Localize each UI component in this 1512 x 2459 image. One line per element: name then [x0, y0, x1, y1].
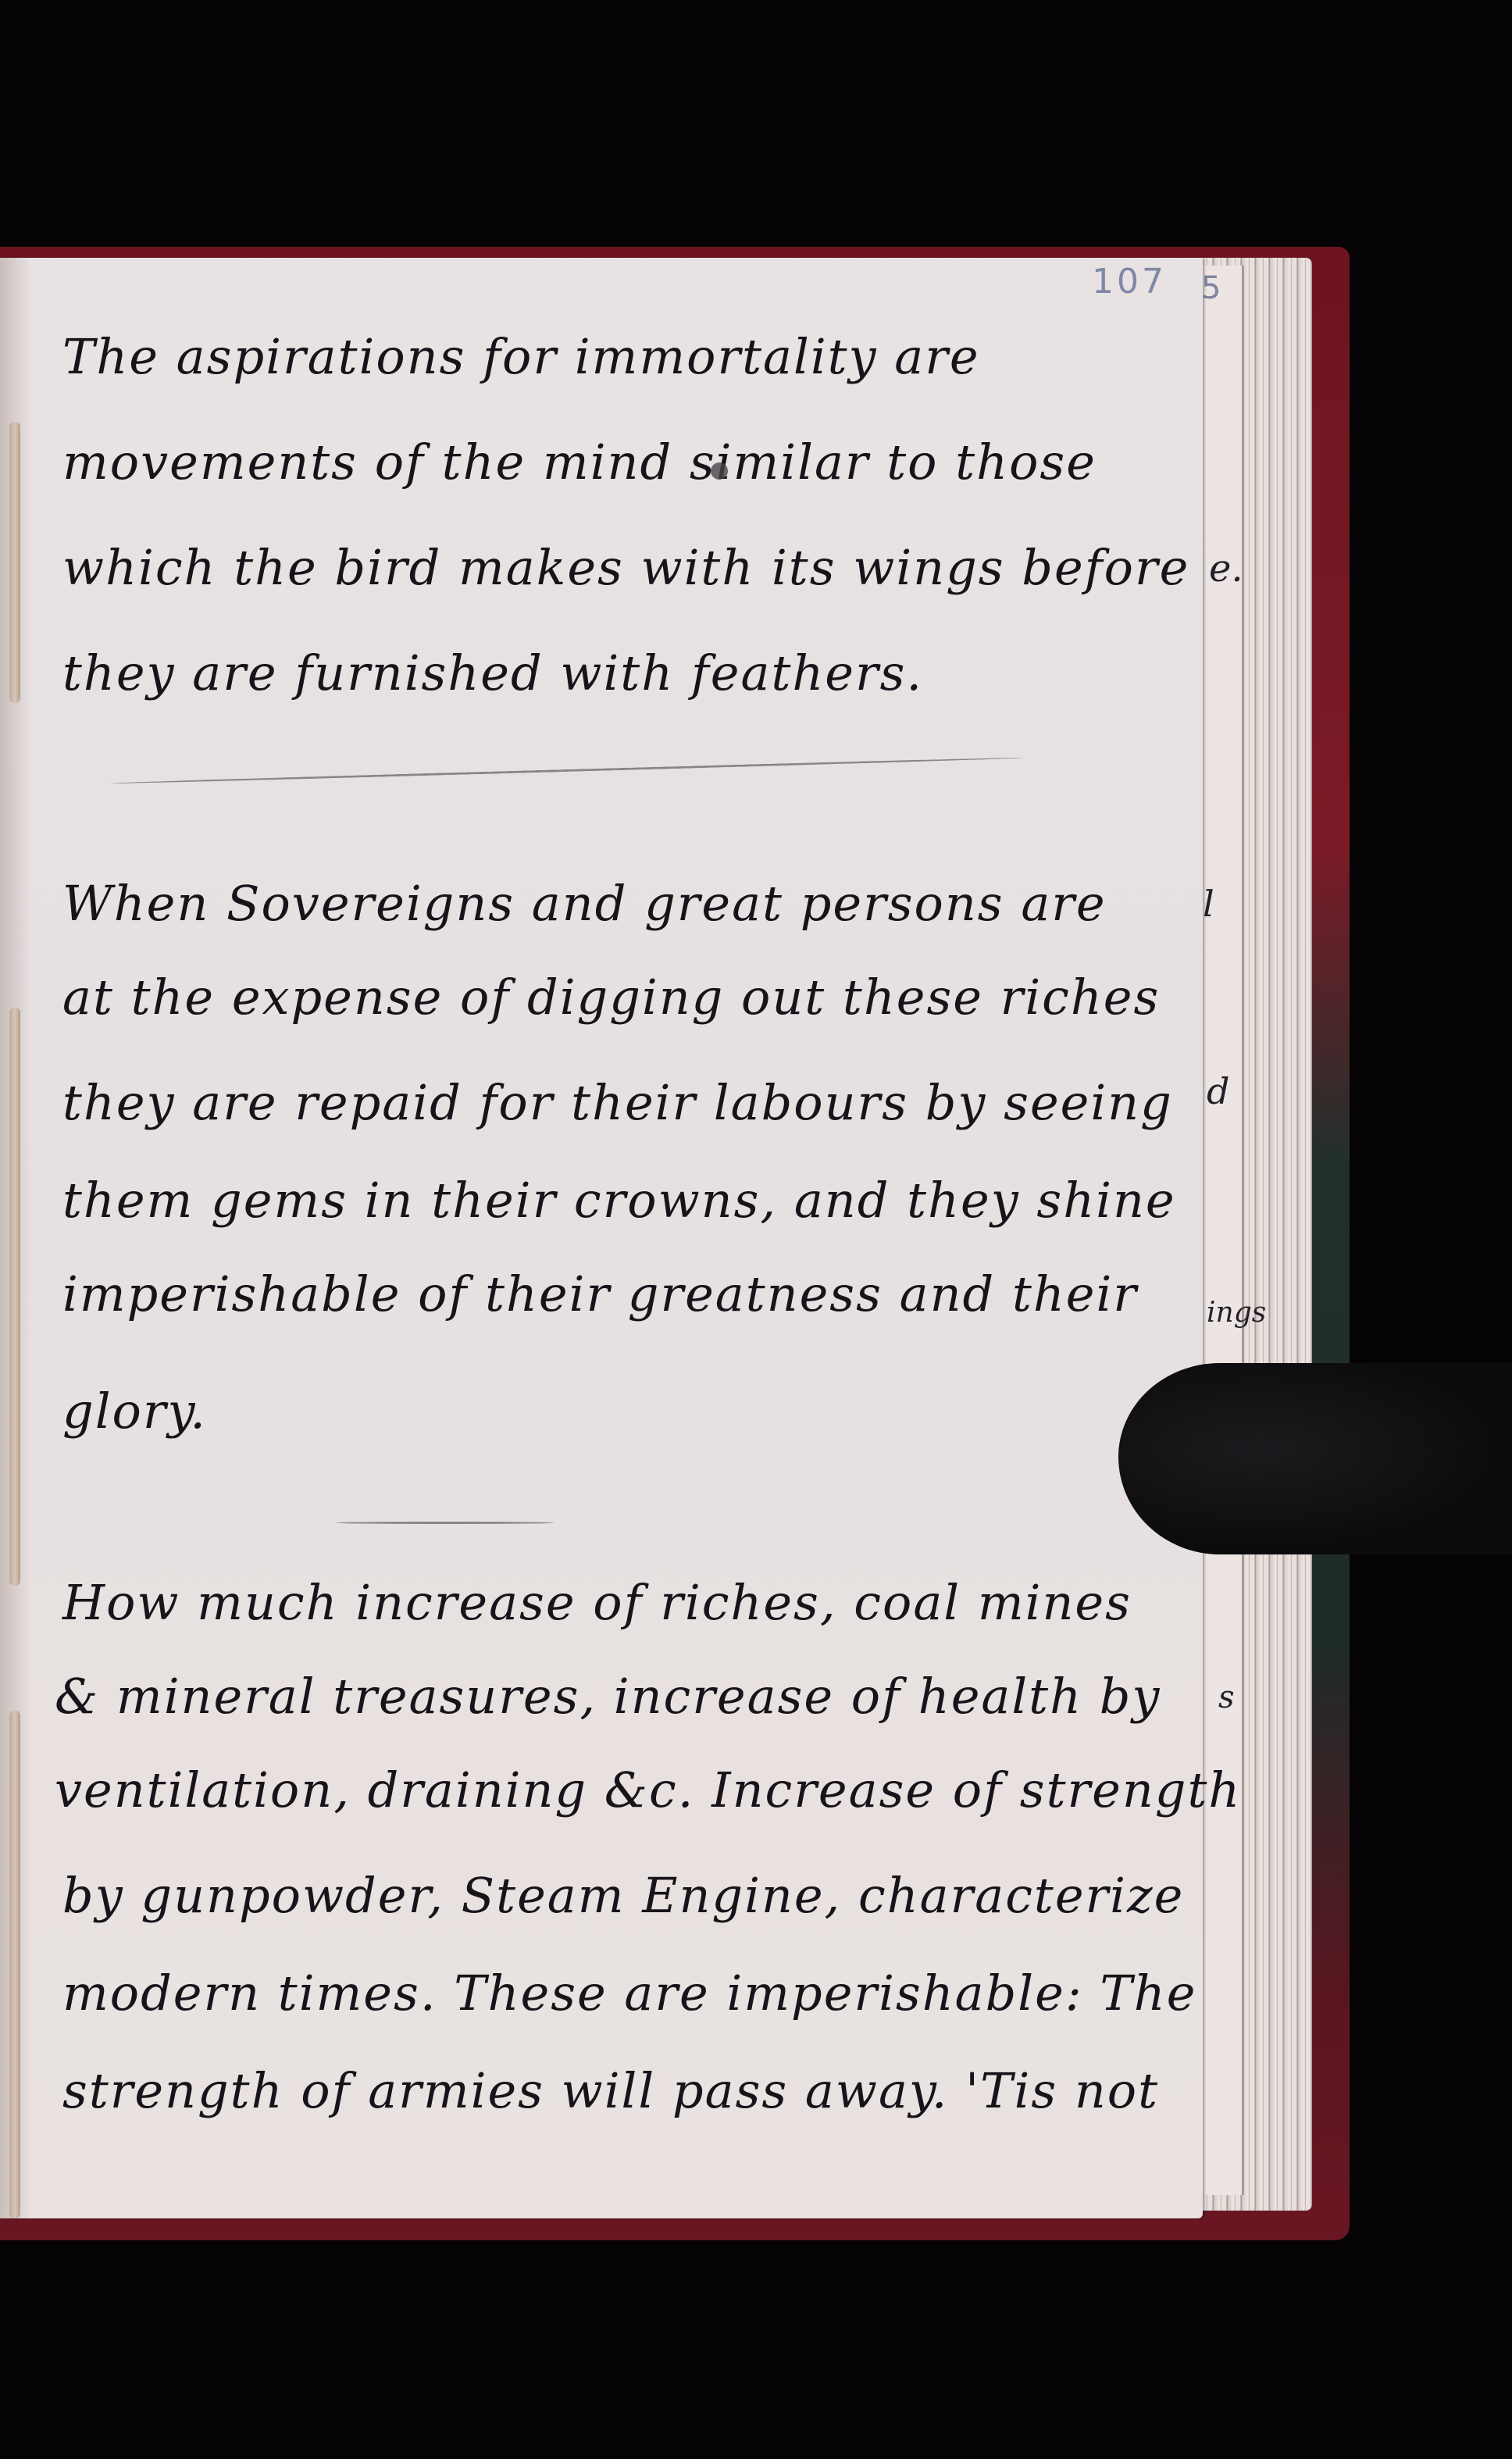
handwritten-line: ventilation, draining &c. Increase of st…: [55, 1761, 1241, 1818]
underlying-page-number: 5: [1201, 270, 1221, 306]
handwritten-line: glory.: [62, 1383, 207, 1440]
handwritten-line: & mineral treasures, increase of health …: [55, 1668, 1161, 1725]
handwritten-line: which the bird makes with its wings befo…: [62, 539, 1189, 596]
handwritten-line: at the expense of digging out these rich…: [62, 969, 1160, 1026]
handwritten-line: modern times. These are imperishable: Th…: [62, 1965, 1196, 2022]
handwritten-line: by gunpowder, Steam Engine, characterize: [62, 1867, 1184, 1924]
handwritten-line: they are furnished with feathers.: [62, 644, 923, 701]
handwritten-line: When Sovereigns and great persons are: [62, 875, 1107, 932]
handwritten-line: they are repaid for their labours by see…: [62, 1074, 1173, 1131]
gutter-shadow: [0, 258, 31, 2218]
margin-fragment: e.: [1209, 547, 1243, 591]
ink-blot: [711, 462, 728, 480]
handwritten-line: movements of the mind similar to those: [62, 434, 1097, 491]
handwritten-line: them gems in their crowns, and they shin…: [62, 1172, 1176, 1229]
margin-fragment: l: [1203, 883, 1214, 925]
margin-fragment: ings: [1207, 1297, 1266, 1329]
handwritten-line: The aspirations for immortality are: [62, 328, 980, 385]
handwritten-line: imperishable of their greatness and thei…: [62, 1265, 1138, 1322]
photo-scene: 5 e. l d ings s 107 The aspirations for …: [0, 0, 1512, 2459]
thumb-holding-page: [1118, 1363, 1512, 1554]
folio-number: 107: [1092, 262, 1167, 302]
margin-fragment: d: [1207, 1070, 1229, 1112]
handwritten-line: strength of armies will pass away. 'Tis …: [62, 2062, 1159, 2119]
margin-fragment: s: [1218, 1679, 1235, 1715]
handwritten-line: How much increase of riches, coal mines: [62, 1574, 1132, 1631]
section-divider: [336, 1522, 555, 1524]
